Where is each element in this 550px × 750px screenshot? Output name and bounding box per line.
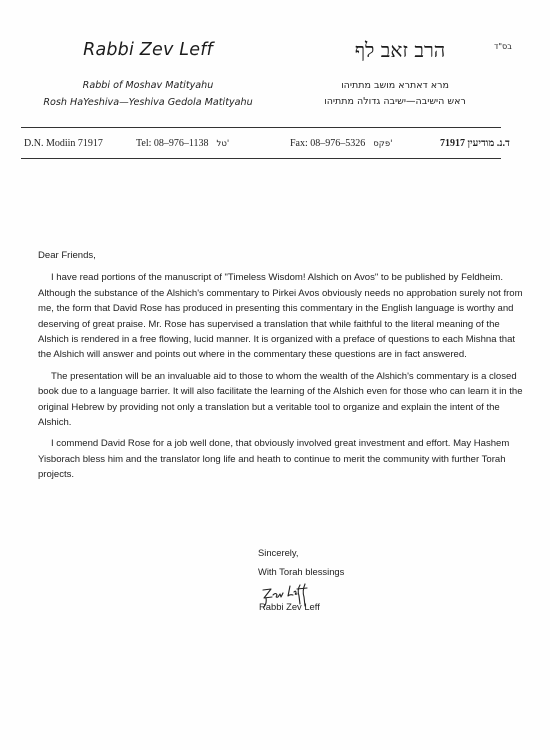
signatory-name: Rabbi Zev Leff bbox=[259, 601, 320, 612]
address-hebrew: ד.נ. מודיעין 71917 bbox=[440, 138, 510, 149]
telephone-number: Tel: 08–976–1138 bbox=[136, 138, 209, 149]
letter-page: Rabbi Zev Leff Rabbi of Moshav Matityahu… bbox=[0, 0, 550, 750]
closing-blessing: With Torah blessings bbox=[258, 566, 344, 577]
address-english: D.N. Modiin 71917 bbox=[24, 138, 103, 149]
closing: Sincerely, bbox=[258, 547, 298, 558]
letterhead-rule-top bbox=[21, 127, 501, 128]
letterhead-title-hebrew-1: מרא דאתרא מושב מתתיהו bbox=[290, 80, 500, 91]
letterhead-name-hebrew: הרב זאב לף bbox=[320, 38, 480, 63]
paragraph-3: I commend David Rose for a job well done… bbox=[38, 436, 524, 482]
letterhead-title-english-2: Rosh HaYeshiva—Yeshiva Gedola Matityahu bbox=[28, 97, 268, 108]
telephone: Tel: 08–976–1138טל' bbox=[136, 138, 229, 149]
letterhead-title-english-1: Rabbi of Moshav Matityahu bbox=[28, 80, 268, 91]
paragraph-2: The presentation will be an invaluable a… bbox=[38, 369, 524, 431]
salutation: Dear Friends, bbox=[38, 248, 524, 263]
fax-number: Fax: 08–976–5326 bbox=[290, 138, 365, 149]
letter-body: Dear Friends, I have read portions of th… bbox=[38, 248, 524, 489]
paragraph-1: I have read portions of the manuscript o… bbox=[38, 270, 524, 362]
fax-label-hebrew: פקס' bbox=[373, 139, 392, 149]
fax: Fax: 08–976–5326פקס' bbox=[290, 138, 392, 149]
letterhead-rule-bottom bbox=[21, 158, 501, 159]
letterhead-title-hebrew-2: ראש הישיבה—ישיבה גדולה מתתיהו bbox=[290, 96, 500, 107]
telephone-label-hebrew: טל' bbox=[217, 139, 230, 149]
letterhead-name-english: Rabbi Zev Leff bbox=[58, 40, 238, 60]
letterhead-bsd-mark: בס"ד bbox=[494, 42, 512, 51]
